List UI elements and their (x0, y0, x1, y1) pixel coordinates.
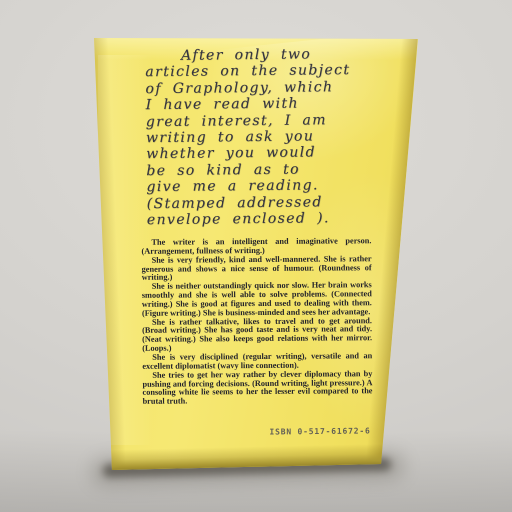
handwritten-note: After only two articles on the subject o… (145, 46, 371, 229)
blurb-paragraph: She tries to get her way rather by cleve… (142, 370, 372, 407)
photo-stage: After only two articles on the subject o… (0, 0, 512, 512)
handwritten-line: envelope enclosed ). (147, 210, 371, 229)
blurb-paragraph: She is neither outstandingly quick nor s… (142, 281, 372, 318)
handwritten-line: articles on the subject (145, 62, 369, 81)
graphology-analysis-text: The writer is an intelligent and imagina… (141, 237, 372, 407)
blurb-paragraph: She is very friendly, kind and well-mann… (142, 255, 372, 283)
blurb-paragraph: She is rather talkative, likes to travel… (142, 317, 372, 354)
isbn-number: ISBN 0-517-61672-6 (258, 426, 382, 436)
book-back-cover: After only two articles on the subject o… (0, 0, 512, 512)
